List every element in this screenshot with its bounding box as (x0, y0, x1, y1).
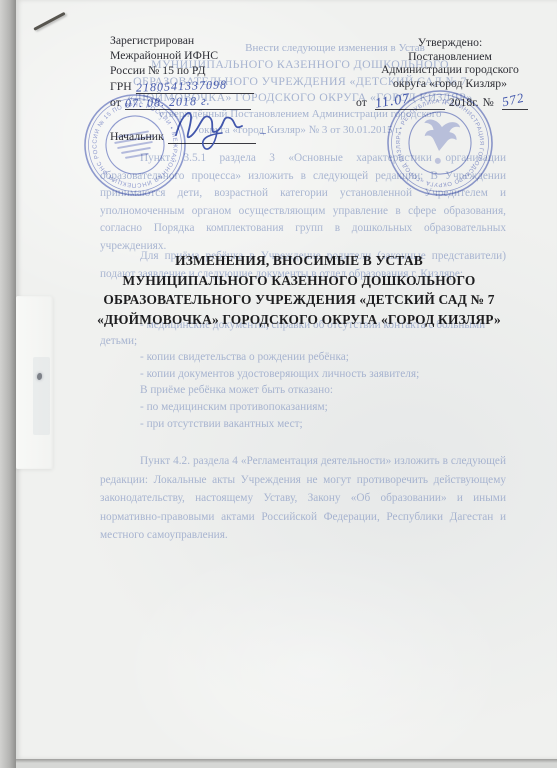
scanned-document-page: Внести следующие изменения в Устав МУНИЦ… (0, 0, 557, 768)
bleed-list-item: - при отсутствии вакантных мест; (100, 417, 506, 433)
approval-line: Утверждено: (350, 36, 550, 50)
bleed-list: - медицинские документы, справки об отсу… (100, 318, 506, 433)
title-line: «ДЮЙМОВОЧКА» ГОРОДСКОГО ОКРУГА «ГОРОД КИ… (44, 310, 554, 330)
administration-round-stamp: АДМИНИСТРАЦИЯ ГОРОДСКОГО ОКРУГА «ГОРОД К… (373, 76, 507, 210)
scanner-edge-bottom (16, 759, 557, 768)
tape-piece (33, 357, 50, 435)
tax-office-round-stamp: ФНС РОССИИ • МЕЖРАЙОННАЯ ИНСПЕКЦИЯ ФНС Р… (65, 75, 204, 214)
bleed-list-item: - по медицинским противопоказаниям; (100, 400, 506, 416)
title-line: ИЗМЕНЕНИЯ, ВНОСИМЫЕ В УСТАВ (44, 251, 554, 271)
bleed-list-item: - копии свидетельства о рождении ребёнка… (100, 350, 506, 366)
scanner-edge-left (0, 0, 16, 768)
title-line: МУНИЦИПАЛЬНОГО КАЗЕННОГО ДОШКОЛЬНОГО (44, 271, 554, 291)
registration-line: Межрайонной ИФНС (110, 48, 286, 63)
bleed-list-item: - копии документов удостоверяющих личнос… (100, 367, 506, 383)
approval-date-label: от (356, 96, 367, 110)
right-stamp-emblem-dot (434, 158, 441, 165)
bleed-paragraph-3: Пункт 4.2. раздела 4 «Регламентация деят… (100, 452, 506, 545)
registration-line: России № 15 по РД (110, 63, 286, 78)
left-stamp-microtext-lines (113, 130, 157, 161)
right-stamp-emblem (421, 119, 460, 153)
signature-dash: – (260, 125, 266, 140)
registration-line: Зарегистрирован (110, 33, 286, 48)
title-line: ОБРАЗОВАТЕЛЬНОГО УЧРЕЖДЕНИЯ «ДЕТСКИЙ САД… (44, 290, 554, 310)
approval-line: Администрации городского (350, 63, 550, 77)
approval-line: Постановлением (350, 50, 550, 64)
bleed-list-item: В приёме ребёнка может быть отказано: (100, 383, 506, 399)
document-title: ИЗМЕНЕНИЯ, ВНОСИМЫЕ В УСТАВ МУНИЦИПАЛЬНО… (44, 251, 554, 329)
